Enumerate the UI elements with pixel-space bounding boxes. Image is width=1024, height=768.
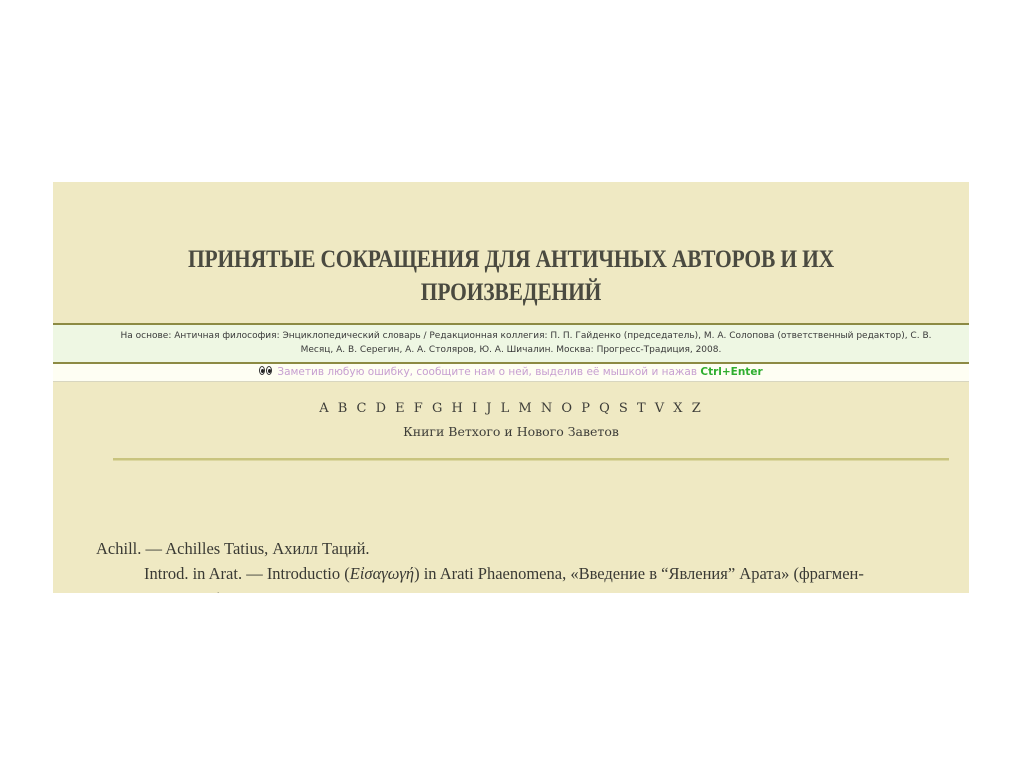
page-title: ПРИНЯТЫЕ СОКРАЩЕНИЯ ДЛЯ АНТИЧНЫХ АВТОРОВ… — [117, 243, 905, 309]
alphabet-link-b[interactable]: B — [338, 401, 350, 416]
alphabet-link-e[interactable]: E — [395, 401, 407, 416]
alphabet-link-f[interactable]: F — [414, 401, 425, 416]
greek-title: Εἰσαγωγή — [350, 564, 414, 583]
entry-work: Introd. in Arat. — Introductio (Εἰσαγωγή… — [53, 561, 969, 586]
entry-work-continuation: ты). — [53, 586, 969, 593]
abbreviation-list: Achill. — Achilles Tatius, Ахилл Таций. … — [53, 536, 969, 593]
notice-text: Заметив любую ошибку, сообщите нам о ней… — [277, 366, 697, 378]
alphabet-link-s[interactable]: S — [619, 401, 630, 416]
alphabet-link-h[interactable]: H — [452, 401, 465, 416]
alphabet-link-p[interactable]: P — [581, 401, 592, 416]
alphabet-link-z[interactable]: Z — [692, 401, 703, 416]
entry-author: Achill. — Achilles Tatius, Ахилл Таций. — [53, 536, 969, 561]
alphabet-link-l[interactable]: L — [501, 401, 512, 416]
source-citation-line-2: Месяц, А. В. Серегин, А. А. Столяров, Ю.… — [53, 343, 969, 357]
alphabet-link-x[interactable]: X — [673, 401, 684, 416]
page-title-line-2: ПРОИЗВЕДЕНИЙ — [117, 276, 905, 309]
page-content: ПРИНЯТЫЕ СОКРАЩЕНИЯ ДЛЯ АНТИЧНЫХ АВТОРОВ… — [53, 182, 969, 593]
alphabet-link-a[interactable]: A — [319, 401, 330, 416]
alphabet-nav: A B C D E F G H I J L M N O P Q S T V X … — [53, 400, 969, 418]
alphabet-link-n[interactable]: N — [541, 401, 554, 416]
notice-shortcut: Ctrl+Enter — [700, 366, 762, 378]
source-citation: На основе: Античная философия: Энциклопе… — [53, 323, 969, 364]
alphabet-link-q[interactable]: Q — [599, 401, 612, 416]
source-citation-line-1: На основе: Античная философия: Энциклопе… — [53, 329, 969, 343]
alphabet-link-j[interactable]: J — [486, 401, 493, 416]
bible-books-link[interactable]: Книги Ветхого и Нового Заветов — [53, 423, 969, 441]
alphabet-link-i[interactable]: I — [472, 401, 479, 416]
alphabet-link-o[interactable]: O — [561, 401, 574, 416]
divider — [113, 458, 949, 461]
alphabet-link-d[interactable]: D — [376, 401, 388, 416]
error-report-notice: Заметив любую ошибку, сообщите нам о ней… — [53, 364, 969, 382]
page-title-line-1: ПРИНЯТЫЕ СОКРАЩЕНИЯ ДЛЯ АНТИЧНЫХ АВТОРОВ… — [117, 243, 905, 276]
alphabet-link-v[interactable]: V — [655, 401, 666, 416]
alphabet-link-m[interactable]: M — [518, 401, 533, 416]
alphabet-link-g[interactable]: G — [432, 401, 444, 416]
eyes-icon — [259, 366, 273, 376]
alphabet-link-t[interactable]: T — [637, 401, 648, 416]
alphabet-link-c[interactable]: C — [356, 401, 368, 416]
